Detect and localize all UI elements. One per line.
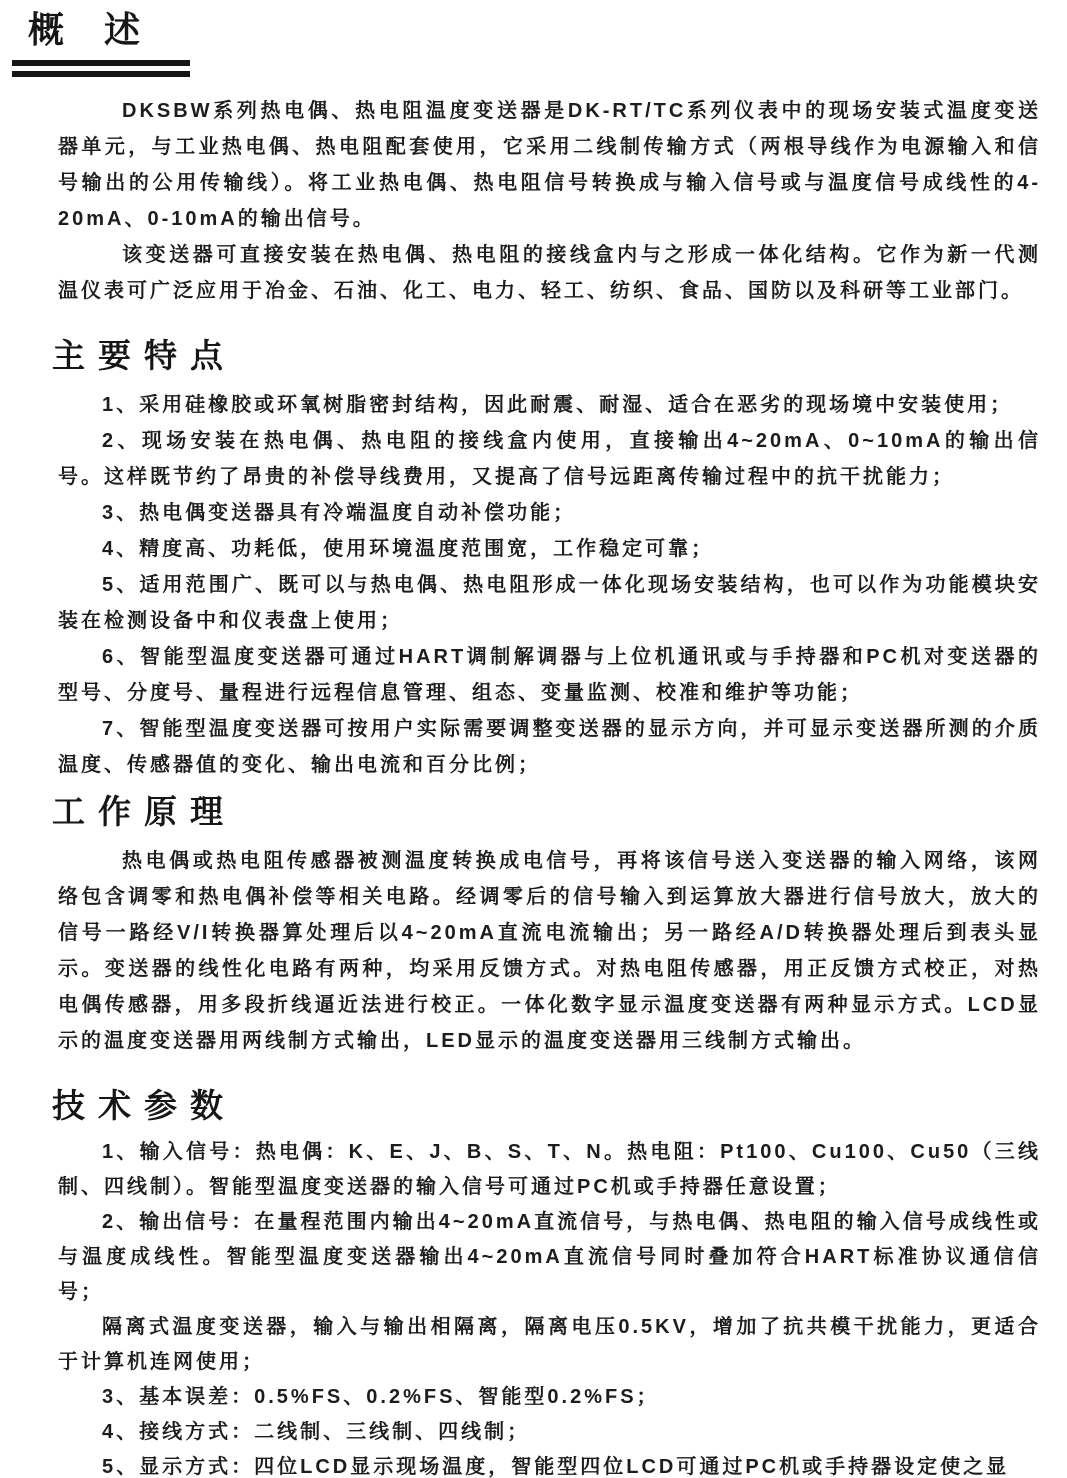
underline-bar-top	[12, 60, 190, 66]
section-overview: DKSBW系列热电偶、热电阻温度变送器是DK-RT/TC系列仪表中的现场安装式温…	[58, 93, 1041, 309]
feature-item-5: 5、适用范围广、既可以与热电偶、热电阻形成一体化现场安装结构，也可以作为功能模块…	[58, 567, 1041, 639]
document-page: 概 述 DKSBW系列热电偶、热电阻温度变送器是DK-RT/TC系列仪表中的现场…	[0, 0, 1067, 1478]
spec-item-1: 1、输入信号：热电偶：K、E、J、B、S、T、N。热电阻：Pt100、Cu100…	[58, 1135, 1041, 1205]
section-principle: 工作原理 热电偶或热电阻传感器被测温度转换成电信号，再将该信号送入变送器的输入网…	[58, 791, 1041, 1059]
section-specs: 技术参数 1、输入信号：热电偶：K、E、J、B、S、T、N。热电阻：Pt100、…	[58, 1085, 1041, 1478]
feature-item-6: 6、智能型温度变送器可通过HART调制解调器与上位机通讯或与手持器和PC机对变送…	[58, 639, 1041, 711]
overview-paragraph-1: DKSBW系列热电偶、热电阻温度变送器是DK-RT/TC系列仪表中的现场安装式温…	[58, 93, 1041, 237]
feature-item-7: 7、智能型温度变送器可按用户实际需要调整变送器的显示方向，并可显示变送器所测的介…	[58, 711, 1041, 783]
specs-heading: 技术参数	[52, 1085, 1041, 1127]
spec-item-4: 4、接线方式：二线制、三线制、四线制；	[58, 1415, 1041, 1450]
page-title: 概 述	[28, 8, 1041, 52]
principle-heading: 工作原理	[52, 791, 1041, 833]
features-heading: 主要特点	[52, 335, 1041, 377]
page-header: 概 述	[58, 8, 1041, 77]
overview-paragraph-2: 该变送器可直接安装在热电偶、热电阻的接线盒内与之形成一体化结构。它作为新一代测温…	[58, 237, 1041, 309]
underline-bar-bottom	[12, 71, 190, 77]
spec-item-2: 2、输出信号：在量程范围内输出4~20mA直流信号，与热电偶、热电阻的输入信号成…	[58, 1205, 1041, 1310]
feature-item-3: 3、热电偶变送器具有冷端温度自动补偿功能；	[58, 495, 1041, 531]
section-features: 主要特点 1、采用硅橡胶或环氧树脂密封结构，因此耐震、耐湿、适合在恶劣的现场境中…	[58, 335, 1041, 783]
scanned-document: { "page": { "title": "概 述", "overview": …	[0, 0, 1067, 1478]
spec-item-5: 5、显示方式：四位LCD显示现场温度，智能型四位LCD可通过PC机或手持器设定使…	[58, 1450, 1041, 1478]
title-double-underline	[12, 60, 190, 77]
feature-item-2: 2、现场安装在热电偶、热电阻的接线盒内使用，直接输出4~20mA、0~10mA的…	[58, 423, 1041, 495]
spec-item-3: 3、基本误差：0.5%FS、0.2%FS、智能型0.2%FS；	[58, 1380, 1041, 1415]
principle-paragraph: 热电偶或热电阻传感器被测温度转换成电信号，再将该信号送入变送器的输入网络，该网络…	[58, 843, 1041, 1059]
feature-item-1: 1、采用硅橡胶或环氧树脂密封结构，因此耐震、耐湿、适合在恶劣的现场境中安装使用；	[58, 387, 1041, 423]
spec-item-isolation: 隔离式温度变送器，输入与输出相隔离，隔离电压0.5KV，增加了抗共模干扰能力，更…	[58, 1310, 1041, 1380]
feature-item-4: 4、精度高、功耗低，使用环境温度范围宽，工作稳定可靠；	[58, 531, 1041, 567]
